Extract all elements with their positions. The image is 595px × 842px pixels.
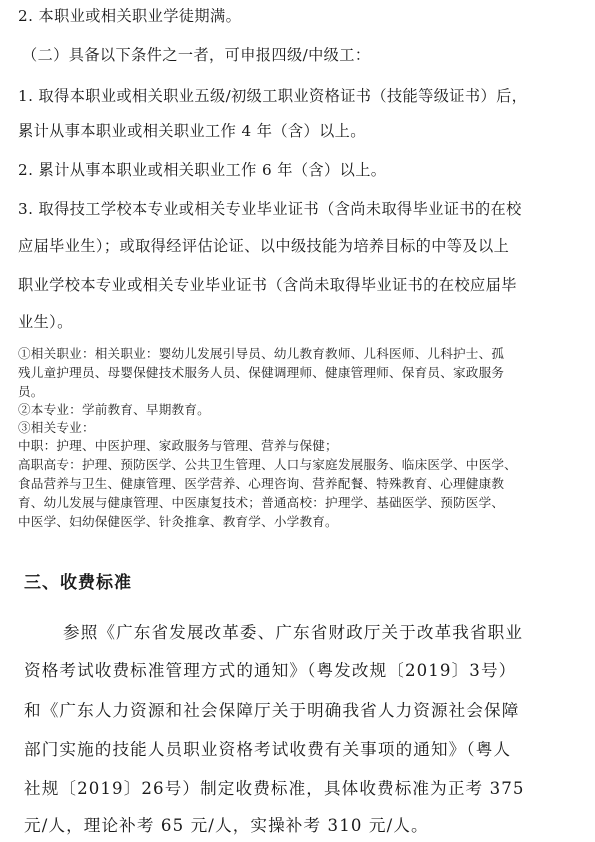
- requirement-line: 累计从事本职业或相关职业工作 4 年（含）以上。: [18, 121, 366, 141]
- requirement-line: 3. 取得技工学校本专业或相关专业毕业证书（含尚未取得毕业证书的在校: [18, 199, 522, 219]
- requirement-line: 1. 取得本职业或相关职业五级/初级工职业资格证书（技能等级证书）后，: [18, 86, 527, 106]
- footnote-line: 中医学、妇幼保健医学、针灸推拿、教育学、小学教育。: [18, 513, 338, 530]
- requirement-line: 业生）。: [18, 312, 73, 332]
- requirement-line: 2. 累计从事本职业或相关职业工作 6 年（含）以上。: [18, 160, 386, 180]
- fee-paragraph-line: 部门实施的技能人员职业资格考试收费有关事项的通知》（粤人: [24, 739, 511, 761]
- footnote-line: 中职：护理、中医护理、家政服务与管理、营养与保健；: [18, 437, 338, 454]
- section-heading: 三、收费标准: [24, 572, 132, 594]
- footnote-line: 高职高专：护理、预防医学、公共卫生管理、人口与家庭发展服务、临床医学、中医学、: [18, 456, 517, 473]
- footnote-line: ③相关专业：: [18, 419, 95, 436]
- fee-paragraph-line: 参照《广东省发展改革委、广东省财政厅关于改革我省职业: [63, 622, 523, 644]
- fee-paragraph-line: 社规〔2019〕26号）制定收费标准，具体收费标准为正考 375: [24, 778, 525, 800]
- fee-paragraph-line: 元/人，理论补考 65 元/人，实操补考 310 元/人。: [24, 815, 429, 837]
- requirement-line: 职业学校本专业或相关专业毕业证书（含尚未取得毕业证书的在校应届毕: [18, 275, 517, 295]
- fee-paragraph-line: 资格考试收费标准管理方式的通知》（粤发改规〔2019〕3号）: [24, 660, 516, 682]
- footnote-line: 食品营养与卫生、健康管理、医学营养、心理咨询、营养配餐、特殊教育、心理健康教: [18, 475, 504, 492]
- footnote-line: ②本专业：学前教育、早期教育。: [18, 401, 210, 418]
- requirement-line: 应届毕业生）；或取得经评估论证、以中级技能为培养目标的中等及以上: [18, 236, 509, 256]
- footnote-line: 残儿童护理员、母婴保健技术服务人员、保健调理师、健康管理师、保育员、家政服务: [18, 364, 504, 381]
- footnote-line: 员。: [18, 383, 44, 400]
- requirement-subheading: （二）具备以下条件之一者，可申报四级/中级工：: [22, 45, 370, 65]
- requirement-line: 2. 本职业或相关职业学徒期满。: [18, 6, 241, 26]
- footnote-line: ①相关职业：相关职业：婴幼儿发展引导员、幼儿教育教师、儿科医师、儿科护士、孤: [18, 345, 504, 362]
- footnote-line: 育、幼儿发展与健康管理、中医康复技术；普通高校：护理学、基础医学、预防医学、: [18, 494, 504, 511]
- fee-paragraph-line: 和《广东人力资源和社会保障厅关于明确我省人力资源社会保障: [24, 700, 519, 722]
